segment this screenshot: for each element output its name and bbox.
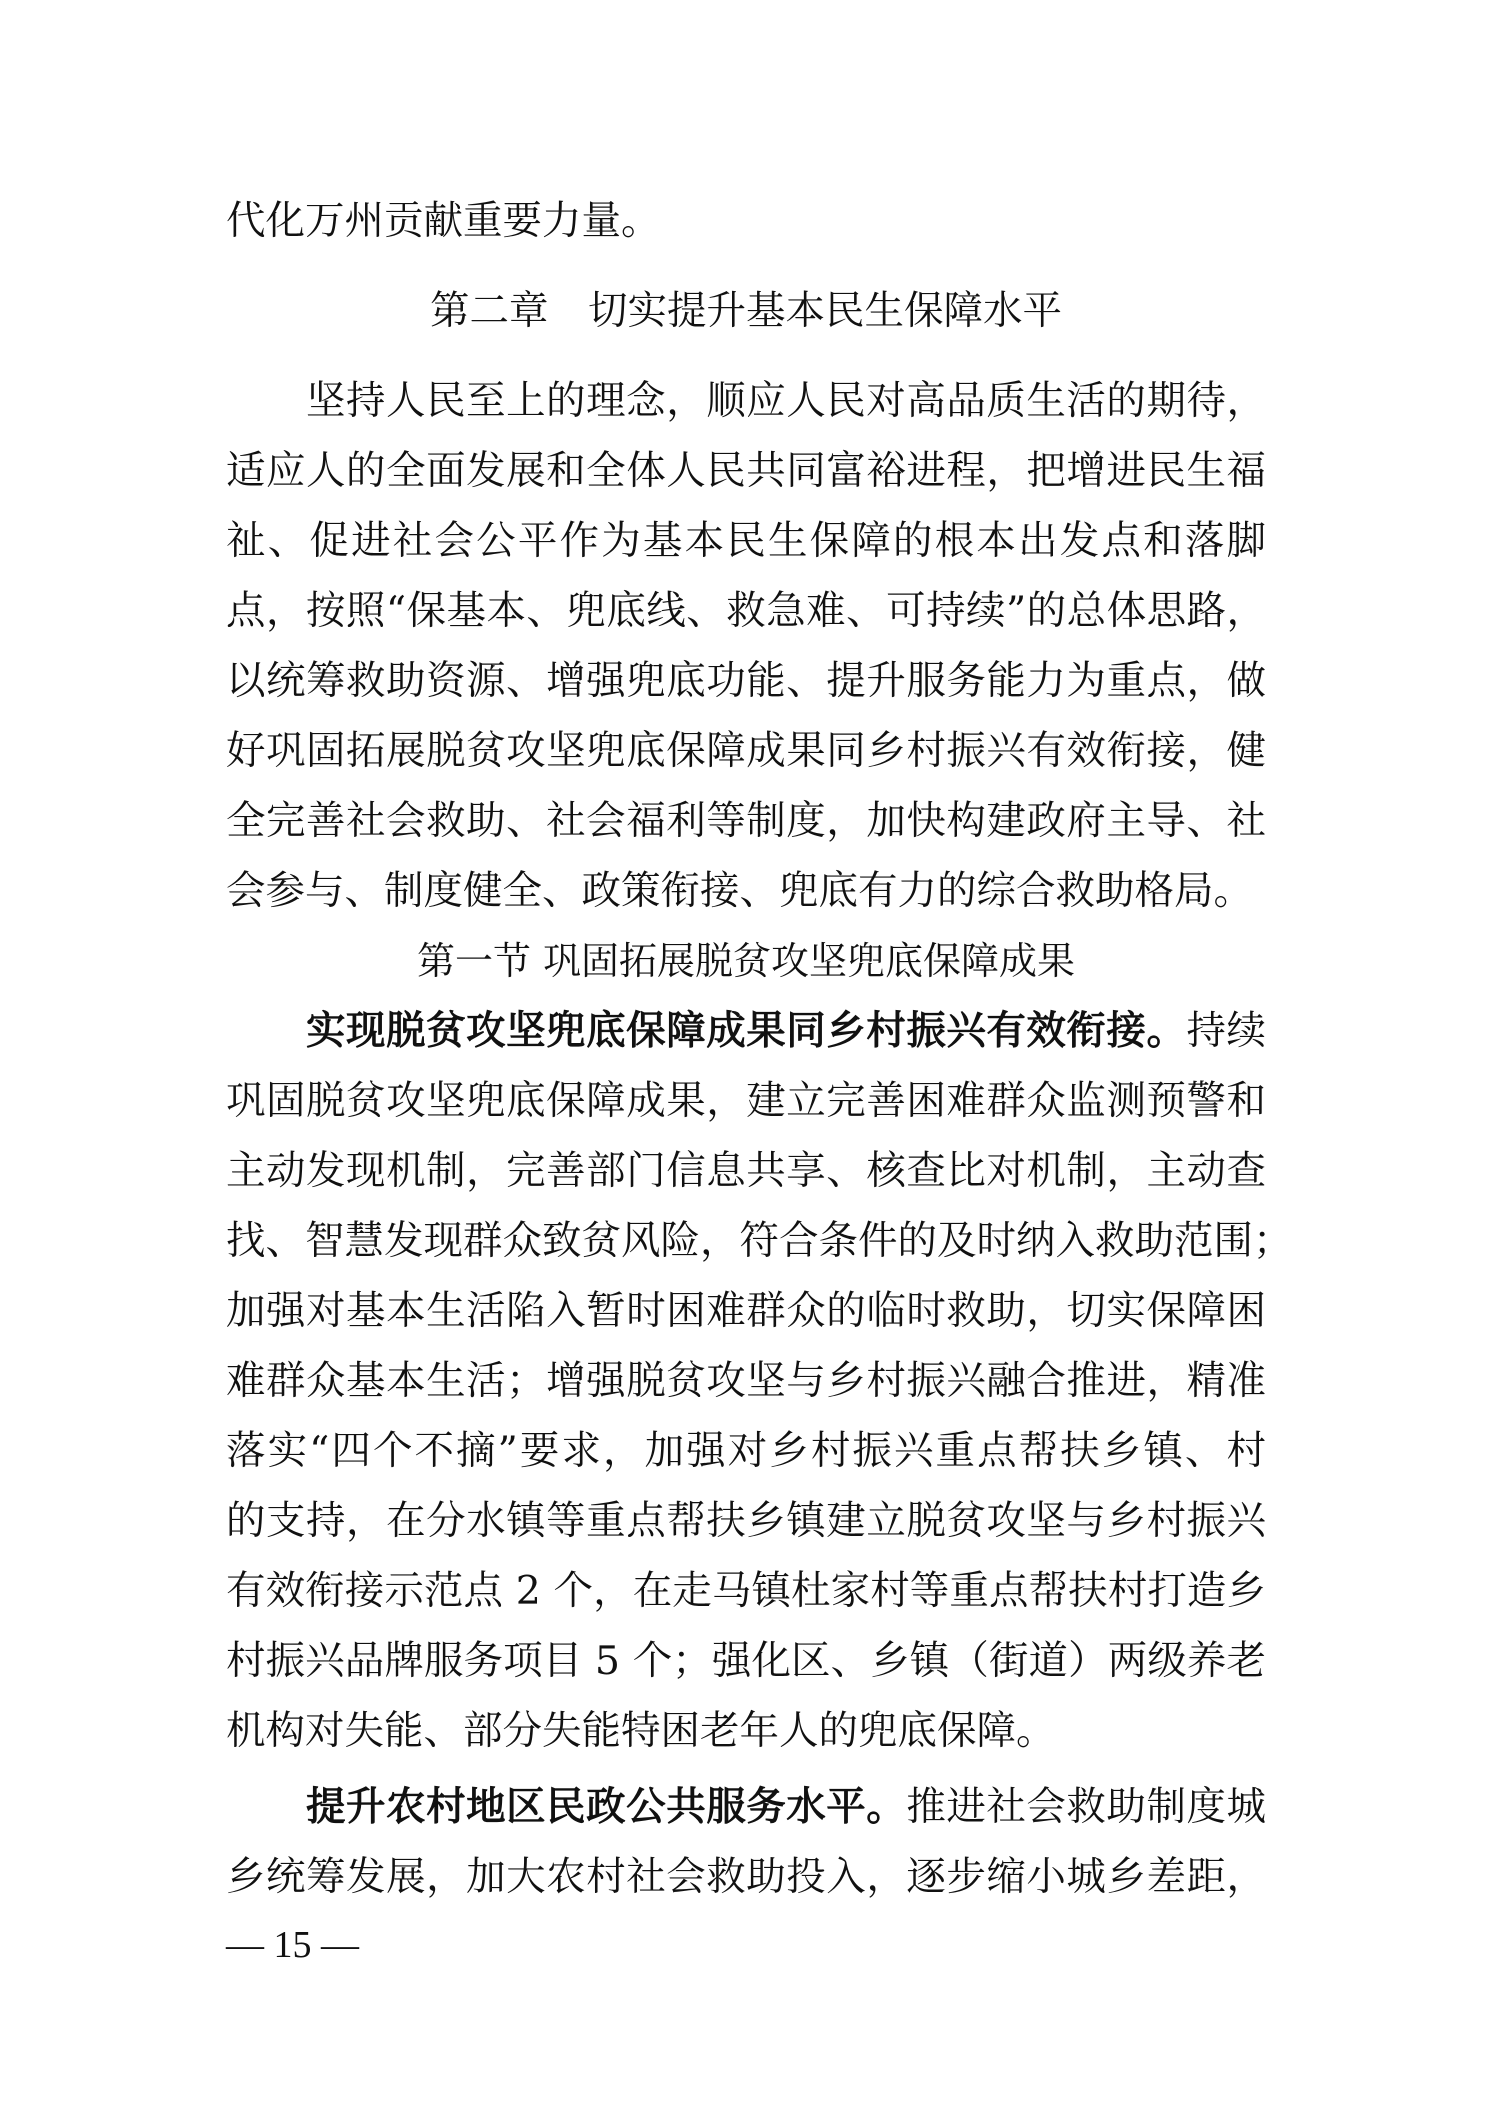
- paragraph-line: 主动发现机制，完善部门信息共享、核查比对机制，主动查: [226, 1136, 1266, 1206]
- paragraph-line: 难群众基本生活；增强脱贫攻坚与乡村振兴融合推进，精准: [226, 1346, 1266, 1416]
- bold-lead: 提升农村地区民政公共服务水平。: [306, 1784, 906, 1830]
- paragraph-line: 加强对基本生活陷入暂时困难群众的临时救助，切实保障困: [226, 1276, 1266, 1346]
- intro-tail-line: 代化万州贡献重要力量。: [226, 186, 1266, 256]
- page-number: — 15 —: [226, 1915, 359, 1975]
- chapter-heading: 第二章 切实提升基本民生保障水平: [226, 276, 1266, 346]
- paragraph-line: 找、智慧发现群众致贫风险，符合条件的及时纳入救助范围；: [226, 1206, 1266, 1276]
- lead-rest: 推进社会救助制度城: [906, 1784, 1266, 1830]
- paragraph-line: 的支持，在分水镇等重点帮扶乡镇建立脱贫攻坚与乡村振兴: [226, 1486, 1266, 1556]
- paragraph-line: 村振兴品牌服务项目 5 个；强化区、乡镇（街道）两级养老: [226, 1626, 1266, 1696]
- paragraph-line: 点，按照“保基本、兜底线、救急难、可持续”的总体思路，: [226, 576, 1266, 646]
- paragraph-line: 巩固脱贫攻坚兜底保障成果，建立完善困难群众监测预警和: [226, 1066, 1266, 1136]
- paragraph-line: 机构对失能、部分失能特困老年人的兜底保障。: [226, 1696, 1266, 1766]
- paragraph-line: 以统筹救助资源、增强兜底功能、提升服务能力为重点，做: [226, 646, 1266, 716]
- paragraph-line: 有效衔接示范点 2 个，在走马镇杜家村等重点帮扶村打造乡: [226, 1556, 1266, 1626]
- section-heading: 第一节 巩固拓展脱贫攻坚兜底保障成果: [226, 926, 1266, 996]
- paragraph-line: 落实“四个不摘”要求，加强对乡村振兴重点帮扶乡镇、村: [226, 1416, 1266, 1486]
- paragraph-line: 坚持人民至上的理念，顺应人民对高品质生活的期待，: [306, 366, 1266, 436]
- paragraph-line: 好巩固拓展脱贫攻坚兜底保障成果同乡村振兴有效衔接，健: [226, 716, 1266, 786]
- paragraph-line: 乡统筹发展，加大农村社会救助投入，逐步缩小城乡差距，: [226, 1842, 1266, 1912]
- document-page: 代化万州贡献重要力量。 第二章 切实提升基本民生保障水平 坚持人民至上的理念，顺…: [0, 0, 1488, 2104]
- paragraph-first-line: 提升农村地区民政公共服务水平。推进社会救助制度城: [306, 1772, 1266, 1842]
- paragraph-first-line: 实现脱贫攻坚兜底保障成果同乡村振兴有效衔接。持续: [306, 996, 1266, 1066]
- paragraph-line: 祉、促进社会公平作为基本民生保障的根本出发点和落脚: [226, 506, 1266, 576]
- paragraph-line: 全完善社会救助、社会福利等制度，加快构建政府主导、社: [226, 786, 1266, 856]
- bold-lead: 实现脱贫攻坚兜底保障成果同乡村振兴有效衔接。: [306, 1008, 1186, 1054]
- paragraph-line: 适应人的全面发展和全体人民共同富裕进程，把增进民生福: [226, 436, 1266, 506]
- paragraph-line: 会参与、制度健全、政策衔接、兜底有力的综合救助格局。: [226, 856, 1266, 926]
- lead-rest: 持续: [1186, 1008, 1266, 1054]
